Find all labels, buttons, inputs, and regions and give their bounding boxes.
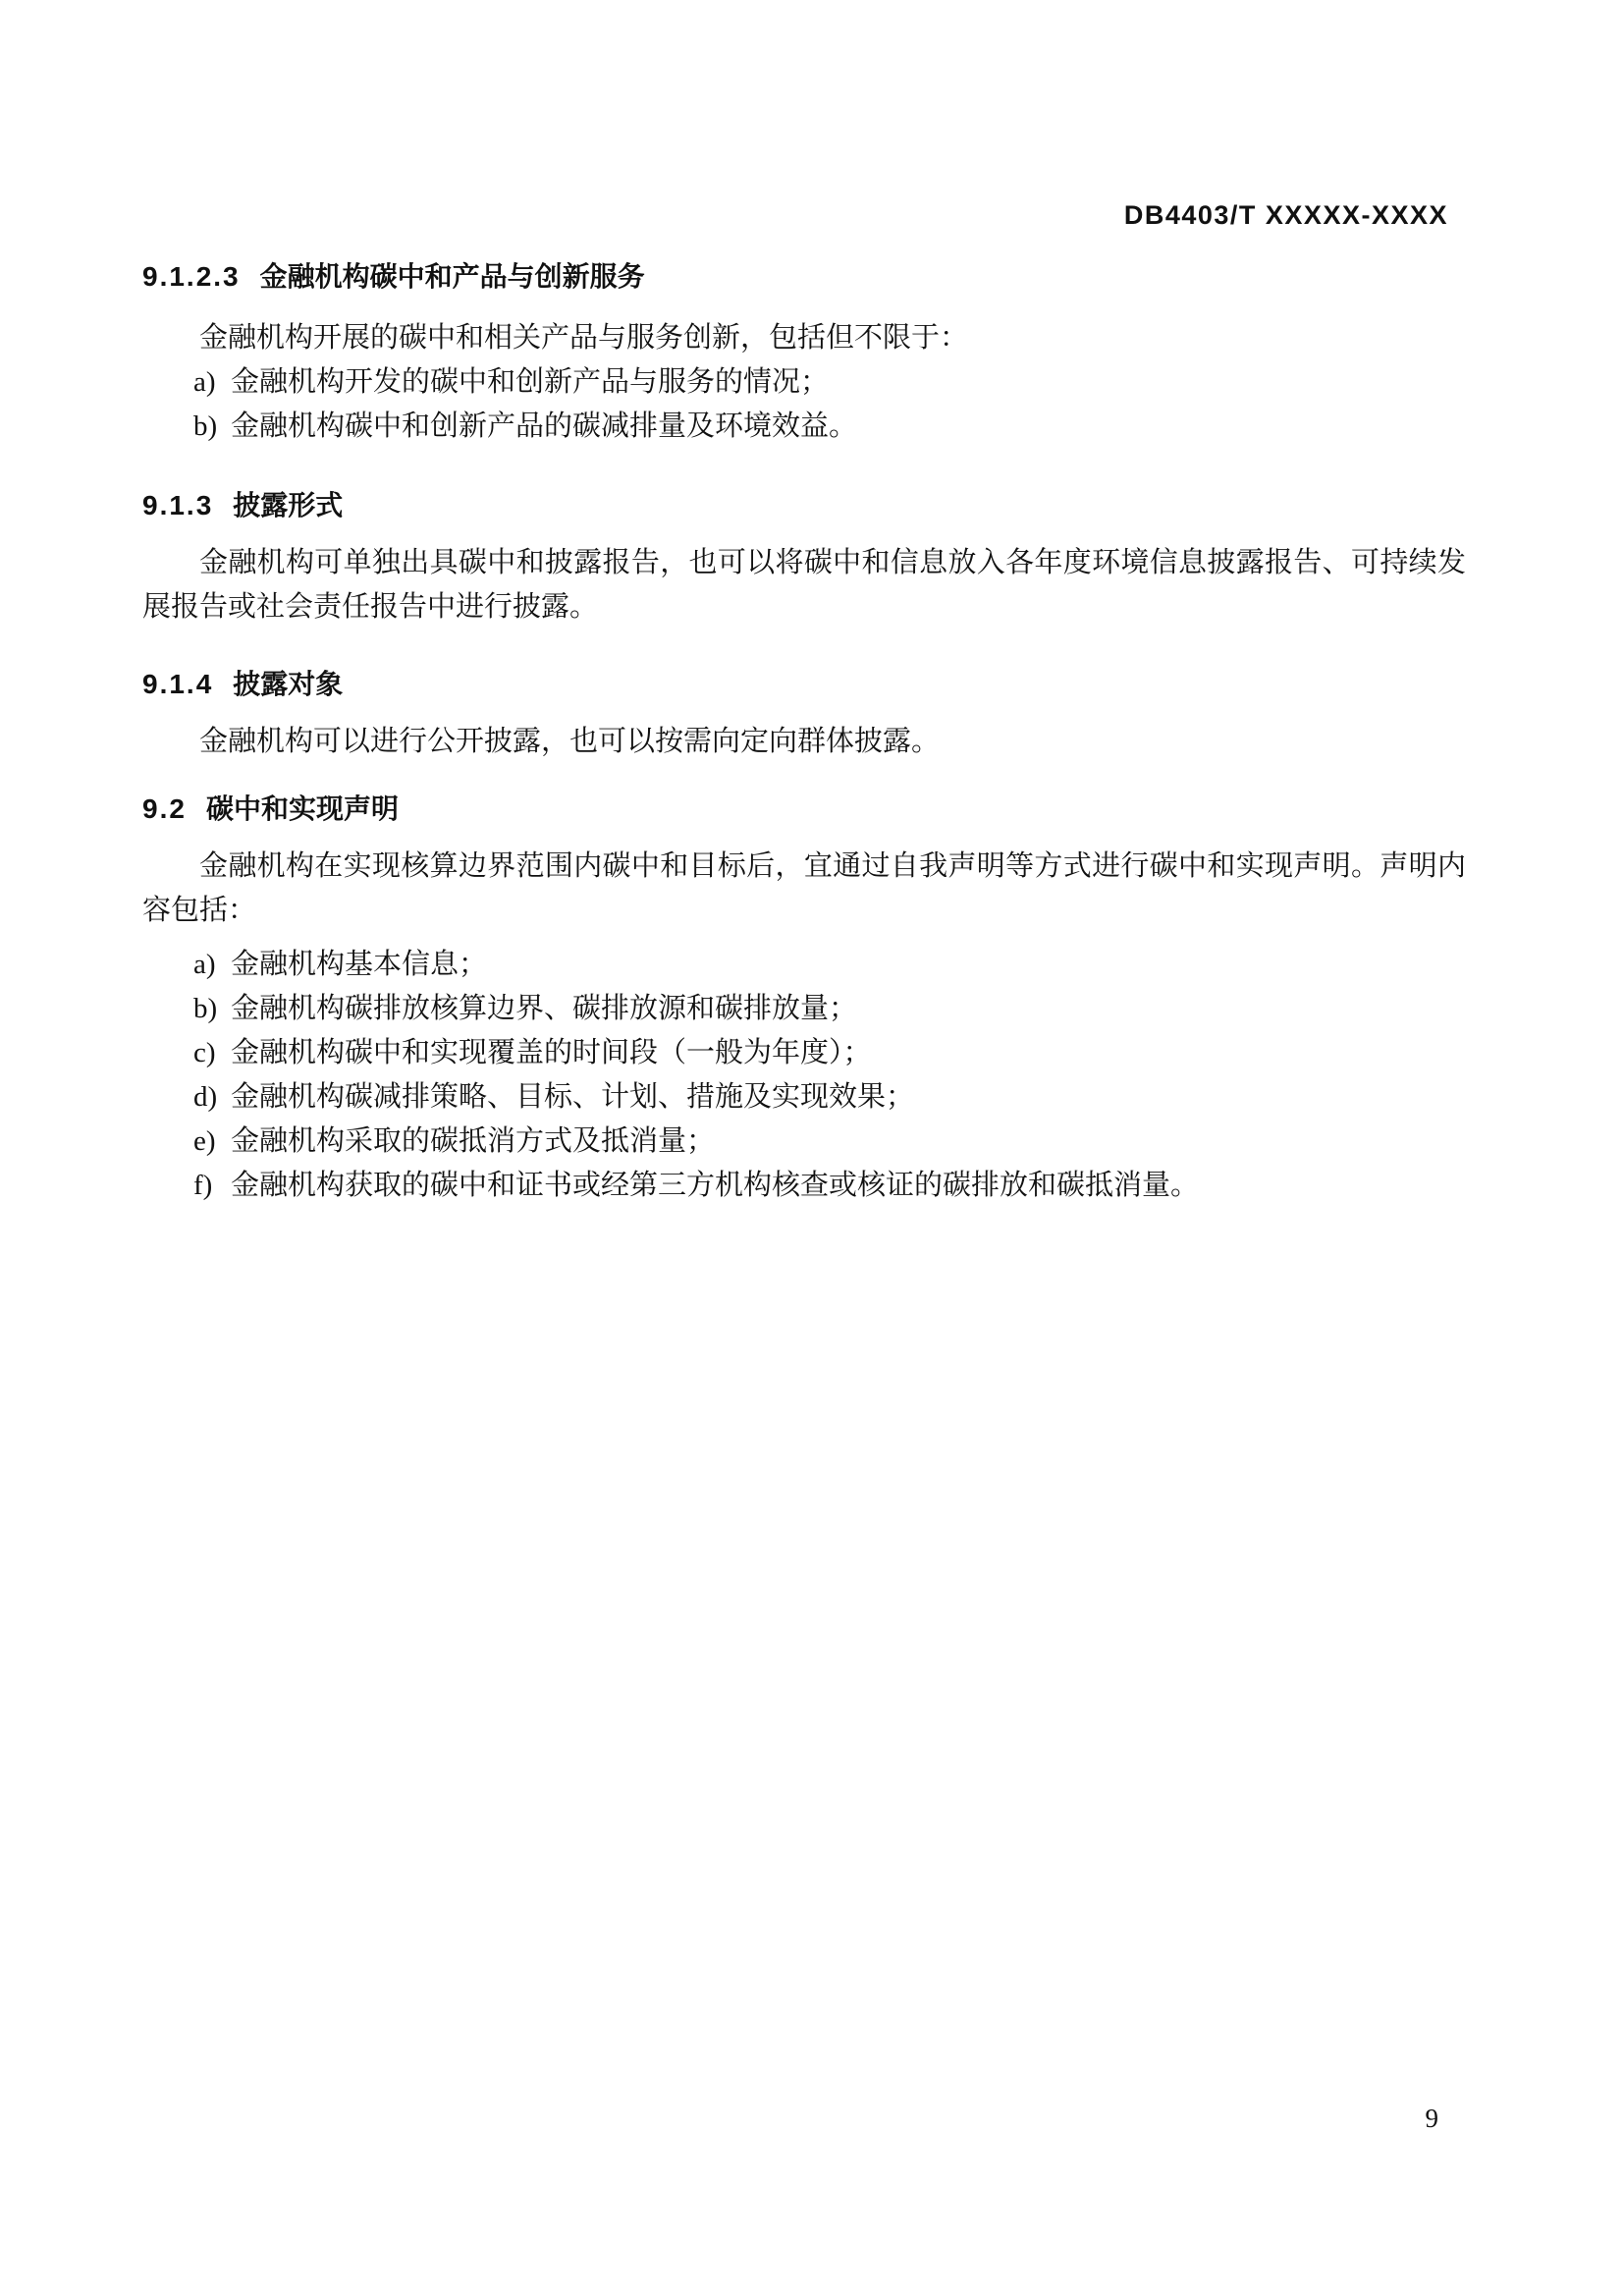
list-item-text: 金融机构开发的碳中和创新产品与服务的情况； [231,366,829,398]
list-item-text: 金融机构采取的碳抵消方式及抵消量； [231,1125,715,1157]
section-heading-9-2: 9.2碳中和实现声明 [142,790,1466,829]
list-item-text: 金融机构基本信息； [231,949,487,980]
list-item-text: 金融机构碳排放核算边界、碳排放源和碳排放量； [231,993,857,1024]
list-9-2: a)金融机构基本信息； b)金融机构碳排放核算边界、碳排放源和碳排放量； c)金… [142,943,1466,1208]
heading-title: 披露对象 [233,669,343,699]
doc-code: DB4403/T XXXXX-XXXX [1124,200,1448,231]
list-item-marker: a) [193,360,231,405]
list-item: e)金融机构采取的碳抵消方式及抵消量； [142,1120,1466,1164]
list-item-marker: f) [193,1164,231,1208]
heading-number: 9.2 [142,790,187,829]
list-item-marker: c) [193,1031,231,1075]
heading-title: 金融机构碳中和产品与创新服务 [260,261,645,292]
list-item: a)金融机构基本信息； [142,943,1466,987]
paragraph-9-1-4: 金融机构可以进行公开披露，也可以按需向定向群体披露。 [142,720,1466,764]
list-item: b)金融机构碳排放核算边界、碳排放源和碳排放量； [142,987,1466,1031]
page-number: 9 [1426,2104,1439,2134]
list-item: a)金融机构开发的碳中和创新产品与服务的情况； [142,360,1466,405]
list-item-marker: b) [193,405,231,449]
list-item: f)金融机构获取的碳中和证书或经第三方机构核查或核证的碳排放和碳抵消量。 [142,1164,1466,1208]
section-heading-9-1-2-3: 9.1.2.3金融机构碳中和产品与创新服务 [142,257,1466,297]
section-heading-9-1-3: 9.1.3披露形式 [142,486,1466,525]
page-content: 9.1.2.3金融机构碳中和产品与创新服务 金融机构开展的碳中和相关产品与服务创… [142,257,1466,1208]
list-item-marker: d) [193,1075,231,1120]
paragraph-9-2: 金融机构在实现核算边界范围内碳中和目标后，宜通过自我声明等方式进行碳中和实现声明… [142,845,1466,933]
section-heading-9-1-4: 9.1.4披露对象 [142,665,1466,704]
list-item: b)金融机构碳中和创新产品的碳减排量及环境效益。 [142,405,1466,449]
list-item: d)金融机构碳减排策略、目标、计划、措施及实现效果； [142,1075,1466,1120]
paragraph-9-1-2-3: 金融机构开展的碳中和相关产品与服务创新，包括但不限于： [142,316,1466,360]
list-item-marker: a) [193,943,231,987]
list-item-text: 金融机构碳中和创新产品的碳减排量及环境效益。 [231,410,857,442]
list-item-marker: e) [193,1120,231,1164]
heading-number: 9.1.4 [142,665,213,704]
list-item-text: 金融机构碳减排策略、目标、计划、措施及实现效果； [231,1081,914,1113]
list-9-1-2-3: a)金融机构开发的碳中和创新产品与服务的情况； b)金融机构碳中和创新产品的碳减… [142,360,1466,449]
heading-number: 9.1.3 [142,486,213,525]
heading-title: 碳中和实现声明 [206,793,399,824]
list-item-text: 金融机构碳中和实现覆盖的时间段（一般为年度）； [231,1037,872,1068]
document-page: DB4403/T XXXXX-XXXX 9.1.2.3金融机构碳中和产品与创新服… [0,0,1623,2296]
list-item: c)金融机构碳中和实现覆盖的时间段（一般为年度）； [142,1031,1466,1075]
heading-title: 披露形式 [233,490,343,520]
paragraph-9-1-3: 金融机构可单独出具碳中和披露报告，也可以将碳中和信息放入各年度环境信息披露报告、… [142,541,1466,629]
heading-number: 9.1.2.3 [142,257,241,297]
list-item-marker: b) [193,987,231,1031]
list-item-text: 金融机构获取的碳中和证书或经第三方机构核查或核证的碳排放和碳抵消量。 [231,1170,1199,1201]
